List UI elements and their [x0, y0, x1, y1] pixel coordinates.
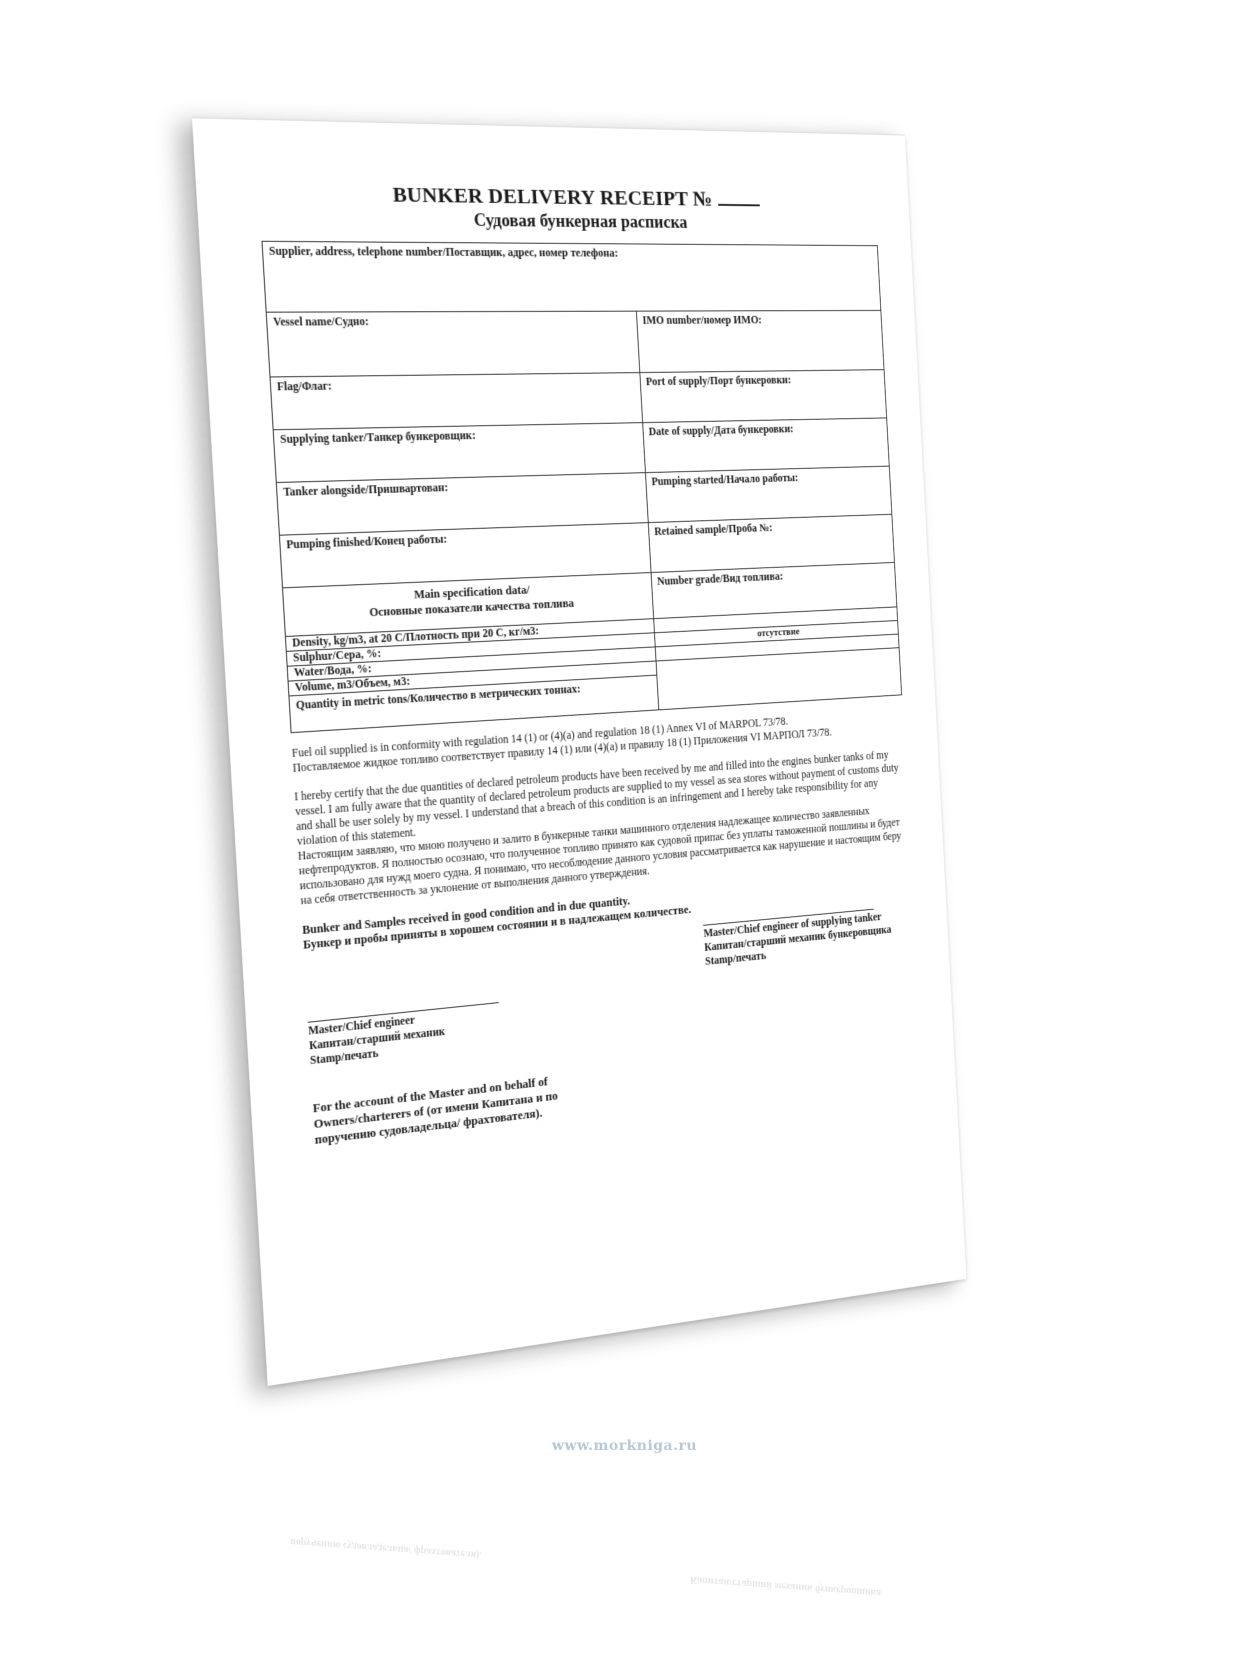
flag-field: Flag/Флаг:	[270, 373, 642, 430]
reflection-left: поручению судовладельца/ фрахтователя).	[290, 1536, 482, 1560]
date-of-supply-field: Date of supply/Дата бункеровки:	[642, 418, 889, 473]
watermark-url: www.morkniga.ru	[0, 1438, 1249, 1454]
document-sheet: BUNKER DELIVERY RECEIPT № Судовая бункер…	[192, 117, 967, 1386]
port-of-supply-field: Port of supply/Порт бункеровки:	[640, 370, 887, 423]
page-stage: BUNKER DELIVERY RECEIPT № Судовая бункер…	[0, 0, 1249, 1680]
pumping-started-field: Pumping started/Начало работы:	[645, 466, 892, 522]
receipt-form-table: Supplier, address, telephone number/Пост…	[261, 241, 902, 733]
signature-master: Master/Chief engineer Капитан/старший ме…	[308, 1002, 502, 1069]
signatures-area: Master/Chief engineer of supplying tanke…	[304, 905, 926, 1219]
title-text: BUNKER DELIVERY RECEIPT №	[392, 182, 713, 210]
receipt-number-blank	[718, 204, 760, 206]
account-statement: For the account of the Master and on beh…	[312, 1073, 559, 1148]
signature-supplying-tanker: Master/Chief engineer of supplying tanke…	[703, 907, 892, 969]
imo-number-field: IMO number/номер ИМО:	[636, 310, 884, 372]
supplier-field: Supplier, address, telephone number/Пост…	[262, 241, 881, 312]
vessel-name-field: Vessel name/Судно:	[266, 311, 639, 377]
